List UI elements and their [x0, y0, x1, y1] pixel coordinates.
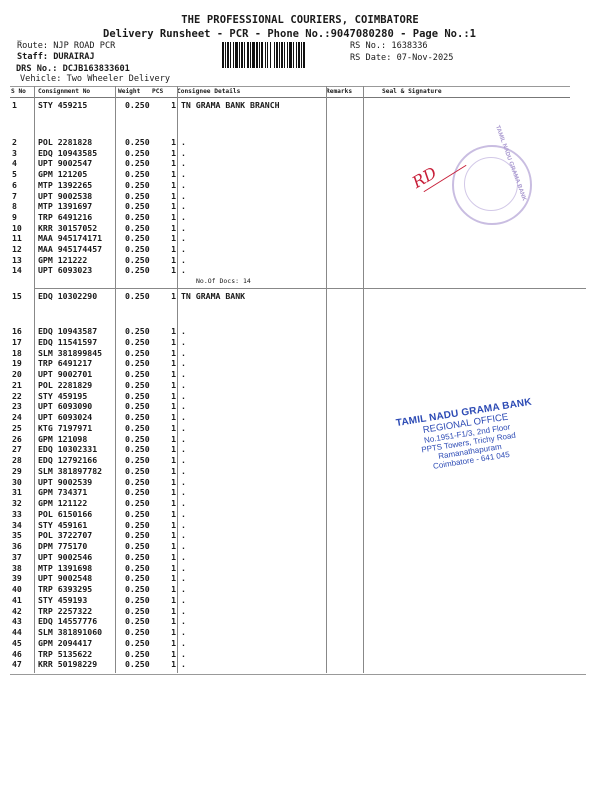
consignment-number: EDQ 11541597 — [38, 337, 97, 347]
pcs-count: 1 — [168, 380, 176, 390]
weight: 0.250 — [125, 455, 150, 465]
weight: 0.250 — [125, 627, 150, 637]
consignment-number: KRR 50198229 — [38, 659, 97, 669]
weight: 0.250 — [125, 487, 150, 497]
consignee-detail: . — [181, 444, 186, 454]
col-header-pcs: PCS — [152, 88, 163, 95]
weight: 0.250 — [125, 434, 150, 444]
consignee-detail: . — [181, 530, 186, 540]
col-divider-sno — [34, 86, 35, 673]
pcs-count: 1 — [168, 520, 176, 530]
weight: 0.250 — [125, 498, 150, 508]
pcs-count: 1 — [168, 616, 176, 626]
col-header-sno: S No — [11, 88, 26, 95]
handwritten-signature: RD — [409, 163, 440, 192]
consignment-number: UPT 9002538 — [38, 191, 92, 201]
weight: 0.250 — [125, 616, 150, 626]
weight: 0.250 — [125, 401, 150, 411]
pcs-count: 1 — [168, 638, 176, 648]
col-divider-pcs — [177, 86, 178, 673]
row-sno: 9 — [12, 212, 17, 222]
docs-count: No.Of Docs: 14 — [196, 277, 251, 285]
consignee-detail: . — [181, 520, 186, 530]
row-sno: 26 — [12, 434, 22, 444]
pcs-count: 1 — [168, 369, 176, 379]
consignee-detail: . — [181, 552, 186, 562]
col-divider-remarks — [363, 86, 364, 673]
pcs-count: 1 — [168, 584, 176, 594]
consignee-detail: . — [181, 606, 186, 616]
row-sno: 18 — [12, 348, 22, 358]
pcs-count: 1 — [168, 212, 176, 222]
pcs-count: 1 — [168, 498, 176, 508]
consignee-detail: . — [181, 169, 186, 179]
row-sno: 22 — [12, 391, 22, 401]
weight: 0.250 — [125, 326, 150, 336]
row-sno: 4 — [12, 158, 17, 168]
pcs-count: 1 — [168, 233, 176, 243]
vehicle-label: Vehicle: Two Wheeler Delivery — [20, 74, 170, 84]
consignment-number: UPT 6093023 — [38, 265, 92, 275]
consignment-number: STY 459193 — [38, 595, 87, 605]
consignment-number: GPM 2094417 — [38, 638, 92, 648]
pcs-count: 1 — [168, 477, 176, 487]
consignment-number: MTP 1391698 — [38, 563, 92, 573]
row-sno: 23 — [12, 401, 22, 411]
consignment-number: EDQ 10943585 — [38, 148, 97, 158]
consignment-number: GPM 121205 — [38, 169, 87, 179]
consignee-detail: . — [181, 423, 186, 433]
consignee-detail: . — [181, 380, 186, 390]
consignee-detail: . — [181, 498, 186, 508]
row-sno: 8 — [12, 201, 17, 211]
pcs-count: 1 — [168, 326, 176, 336]
consignment-number: EDQ 10302290 — [38, 291, 97, 301]
row-sno: 19 — [12, 358, 22, 368]
weight: 0.250 — [125, 380, 150, 390]
consignment-number: STY 459195 — [38, 391, 87, 401]
consignee-detail: . — [181, 191, 186, 201]
consignee-detail: . — [181, 244, 186, 254]
weight: 0.250 — [125, 638, 150, 648]
consignment-number: POL 3722707 — [38, 530, 92, 540]
pcs-count: 1 — [168, 348, 176, 358]
pcs-count: 1 — [168, 401, 176, 411]
row-sno: 27 — [12, 444, 22, 454]
consignee-detail: . — [181, 509, 186, 519]
consignment-number: SLM 381899845 — [38, 348, 102, 358]
dash-mark: _ — [17, 32, 22, 41]
row-sno: 46 — [12, 649, 22, 659]
consignee-detail: . — [181, 337, 186, 347]
consignee-detail: . — [181, 326, 186, 336]
weight: 0.250 — [125, 348, 150, 358]
consignee-detail: . — [181, 201, 186, 211]
consignee-detail: . — [181, 180, 186, 190]
row-sno: 7 — [12, 191, 17, 201]
weight: 0.250 — [125, 563, 150, 573]
weight: 0.250 — [125, 412, 150, 422]
consignment-number: MAA 945174171 — [38, 233, 102, 243]
table-top-border — [10, 86, 570, 87]
header-bottom-border — [10, 97, 570, 98]
row-sno: 41 — [12, 595, 22, 605]
weight: 0.250 — [125, 358, 150, 368]
consignee-detail: . — [181, 595, 186, 605]
row-sno: 39 — [12, 573, 22, 583]
row-sno: 13 — [12, 255, 22, 265]
consignee-detail: . — [181, 584, 186, 594]
row-sno: 30 — [12, 477, 22, 487]
consignment-number: UPT 6093090 — [38, 401, 92, 411]
consignment-number: POL 6150166 — [38, 509, 92, 519]
weight: 0.250 — [125, 444, 150, 454]
row-sno: 10 — [12, 223, 22, 233]
pcs-count: 1 — [168, 606, 176, 616]
consignment-number: UPT 9002547 — [38, 158, 92, 168]
pcs-count: 1 — [168, 509, 176, 519]
pcs-count: 1 — [168, 552, 176, 562]
weight: 0.250 — [125, 148, 150, 158]
consignment-number: TRP 6491216 — [38, 212, 92, 222]
consignment-number: MAA 945174457 — [38, 244, 102, 254]
pcs-count: 1 — [168, 337, 176, 347]
pcs-count: 1 — [168, 255, 176, 265]
consignee-detail: . — [181, 223, 186, 233]
consignment-number: TRP 6393295 — [38, 584, 92, 594]
consignee-detail: . — [181, 573, 186, 583]
pcs-count: 1 — [168, 412, 176, 422]
weight: 0.250 — [125, 391, 150, 401]
company-title: THE PROFESSIONAL COURIERS, COIMBATORE — [0, 14, 600, 26]
weight: 0.250 — [125, 291, 150, 301]
weight: 0.250 — [125, 212, 150, 222]
pcs-count: 1 — [168, 530, 176, 540]
col-header-remarks: Remarks — [326, 88, 352, 95]
weight: 0.250 — [125, 223, 150, 233]
weight: 0.250 — [125, 255, 150, 265]
weight: 0.250 — [125, 659, 150, 669]
consignment-number: UPT 9002546 — [38, 552, 92, 562]
row-sno: 40 — [12, 584, 22, 594]
pcs-count: 1 — [168, 223, 176, 233]
weight: 0.250 — [125, 244, 150, 254]
row-sno: 12 — [12, 244, 22, 254]
row-sno: 28 — [12, 455, 22, 465]
weight: 0.250 — [125, 584, 150, 594]
row-sno: 3 — [12, 148, 17, 158]
consignee-detail: . — [181, 265, 186, 275]
pcs-count: 1 — [168, 444, 176, 454]
pcs-count: 1 — [168, 100, 176, 110]
consignment-number: EDQ 14557776 — [38, 616, 97, 626]
weight: 0.250 — [125, 423, 150, 433]
bank-address-stamp: TAMIL NADU GRAMA BANK REGIONAL OFFICE No… — [384, 395, 551, 477]
row-sno: 37 — [12, 552, 22, 562]
col-header-weight: Weight — [118, 88, 140, 95]
pcs-count: 1 — [168, 487, 176, 497]
table-bottom-border — [10, 674, 586, 675]
pcs-count: 1 — [168, 244, 176, 254]
row-sno: 25 — [12, 423, 22, 433]
consignment-number: KRR 30157052 — [38, 223, 97, 233]
rs-number: RS No.: 1638336 — [350, 41, 428, 51]
row-sno: 5 — [12, 169, 17, 179]
pcs-count: 1 — [168, 541, 176, 551]
weight: 0.250 — [125, 180, 150, 190]
consignment-number: POL 2281829 — [38, 380, 92, 390]
consignment-number: SLM 381891060 — [38, 627, 102, 637]
pcs-count: 1 — [168, 191, 176, 201]
consignee-detail: . — [181, 348, 186, 358]
consignee-detail: . — [181, 148, 186, 158]
weight: 0.250 — [125, 337, 150, 347]
consignee-name: TN GRAMA BANK — [181, 291, 245, 301]
consignee-detail: . — [181, 638, 186, 648]
consignee-detail: . — [181, 649, 186, 659]
consignee-detail: . — [181, 358, 186, 368]
consignee-detail: . — [181, 158, 186, 168]
weight: 0.250 — [125, 509, 150, 519]
row-sno: 11 — [12, 233, 22, 243]
weight: 0.250 — [125, 201, 150, 211]
consignee-name: TN GRAMA BANK BRANCH — [181, 100, 280, 110]
col-header-consignment: Consignment No — [38, 88, 90, 95]
consignment-number: TRP 5135622 — [38, 649, 92, 659]
consignment-number: UPT 6093024 — [38, 412, 92, 422]
consignee-detail: . — [181, 487, 186, 497]
row-sno: 6 — [12, 180, 17, 190]
consignee-detail: . — [181, 412, 186, 422]
consignment-number: EDQ 12792166 — [38, 455, 97, 465]
weight: 0.250 — [125, 369, 150, 379]
pcs-count: 1 — [168, 627, 176, 637]
weight: 0.250 — [125, 520, 150, 530]
consignment-number: TRP 2257322 — [38, 606, 92, 616]
consignee-detail: . — [181, 466, 186, 476]
col-header-consignee: Consignee Details — [177, 88, 240, 95]
pcs-count: 1 — [168, 358, 176, 368]
runsheet-subtitle: Delivery Runsheet - PCR - Phone No.:9047… — [103, 28, 476, 40]
weight: 0.250 — [125, 466, 150, 476]
row-sno: 33 — [12, 509, 22, 519]
route-label: Route: NJP ROAD PCR — [17, 41, 115, 51]
consignee-detail: . — [181, 434, 186, 444]
consignment-number: SLM 381897782 — [38, 466, 102, 476]
col-divider-consignment — [115, 86, 116, 673]
row-sno: 42 — [12, 606, 22, 616]
drs-number: DRS No.: DCJB163833601 — [16, 64, 130, 74]
rs-date: RS Date: 07-Nov-2025 — [350, 53, 453, 63]
pcs-count: 1 — [168, 148, 176, 158]
consignee-detail: . — [181, 401, 186, 411]
weight: 0.250 — [125, 530, 150, 540]
consignee-detail: . — [181, 137, 186, 147]
pcs-count: 1 — [168, 169, 176, 179]
pcs-count: 1 — [168, 137, 176, 147]
consignee-detail: . — [181, 391, 186, 401]
weight: 0.250 — [125, 169, 150, 179]
consignee-detail: . — [181, 616, 186, 626]
pcs-count: 1 — [168, 659, 176, 669]
row-sno: 47 — [12, 659, 22, 669]
consignment-number: EDQ 10302331 — [38, 444, 97, 454]
weight: 0.250 — [125, 265, 150, 275]
consignment-number: STY 459161 — [38, 520, 87, 530]
row-sno: 21 — [12, 380, 22, 390]
row-sno: 35 — [12, 530, 22, 540]
consignment-number: EDQ 10943587 — [38, 326, 97, 336]
pcs-count: 1 — [168, 391, 176, 401]
weight: 0.250 — [125, 595, 150, 605]
consignment-number: TRP 6491217 — [38, 358, 92, 368]
pcs-count: 1 — [168, 455, 176, 465]
row-sno: 31 — [12, 487, 22, 497]
col-divider-consignee — [326, 86, 327, 673]
staff-label: Staff: DURAIRAJ — [17, 52, 95, 62]
row-sno: 14 — [12, 265, 22, 275]
row-sno: 16 — [12, 326, 22, 336]
row-sno: 15 — [12, 291, 22, 301]
weight: 0.250 — [125, 137, 150, 147]
weight: 0.250 — [125, 191, 150, 201]
group-separator — [34, 288, 586, 289]
consignment-number: MTP 1392265 — [38, 180, 92, 190]
consignee-detail: . — [181, 455, 186, 465]
consignment-number: GPM 121222 — [38, 255, 87, 265]
consignment-number: UPT 9002539 — [38, 477, 92, 487]
row-sno: 44 — [12, 627, 22, 637]
consignee-detail: . — [181, 212, 186, 222]
row-sno: 38 — [12, 563, 22, 573]
row-sno: 2 — [12, 137, 17, 147]
weight: 0.250 — [125, 649, 150, 659]
weight: 0.250 — [125, 158, 150, 168]
weight: 0.250 — [125, 100, 150, 110]
weight: 0.250 — [125, 606, 150, 616]
row-sno: 29 — [12, 466, 22, 476]
pcs-count: 1 — [168, 649, 176, 659]
consignee-detail: . — [181, 477, 186, 487]
consignment-number: KTG 7197971 — [38, 423, 92, 433]
consignment-number: POL 2281828 — [38, 137, 92, 147]
row-sno: 32 — [12, 498, 22, 508]
consignment-number: GPM 734371 — [38, 487, 87, 497]
consignee-detail: . — [181, 541, 186, 551]
pcs-count: 1 — [168, 466, 176, 476]
row-sno: 20 — [12, 369, 22, 379]
consignment-number: GPM 121122 — [38, 498, 87, 508]
pcs-count: 1 — [168, 158, 176, 168]
row-sno: 43 — [12, 616, 22, 626]
consignment-number: MTP 1391697 — [38, 201, 92, 211]
consignee-detail: . — [181, 659, 186, 669]
consignee-detail: . — [181, 627, 186, 637]
pcs-count: 1 — [168, 563, 176, 573]
consignment-number: DPM 775170 — [38, 541, 87, 551]
consignment-number: STY 459215 — [38, 100, 87, 110]
weight: 0.250 — [125, 541, 150, 551]
consignment-number: UPT 9002548 — [38, 573, 92, 583]
pcs-count: 1 — [168, 265, 176, 275]
consignee-detail: . — [181, 255, 186, 265]
pcs-count: 1 — [168, 434, 176, 444]
row-sno: 24 — [12, 412, 22, 422]
pcs-count: 1 — [168, 291, 176, 301]
consignee-detail: . — [181, 233, 186, 243]
consignment-number: GPM 121098 — [38, 434, 87, 444]
row-sno: 17 — [12, 337, 22, 347]
consignee-detail: . — [181, 563, 186, 573]
pcs-count: 1 — [168, 180, 176, 190]
weight: 0.250 — [125, 552, 150, 562]
row-sno: 36 — [12, 541, 22, 551]
weight: 0.250 — [125, 233, 150, 243]
row-sno: 34 — [12, 520, 22, 530]
weight: 0.250 — [125, 573, 150, 583]
pcs-count: 1 — [168, 423, 176, 433]
weight: 0.250 — [125, 477, 150, 487]
consignee-detail: . — [181, 369, 186, 379]
row-sno: 45 — [12, 638, 22, 648]
consignment-number: UPT 9002701 — [38, 369, 92, 379]
col-header-seal: Seal & Signature — [382, 88, 442, 95]
pcs-count: 1 — [168, 595, 176, 605]
barcode — [222, 42, 348, 68]
row-sno: 1 — [12, 100, 17, 110]
pcs-count: 1 — [168, 201, 176, 211]
pcs-count: 1 — [168, 573, 176, 583]
